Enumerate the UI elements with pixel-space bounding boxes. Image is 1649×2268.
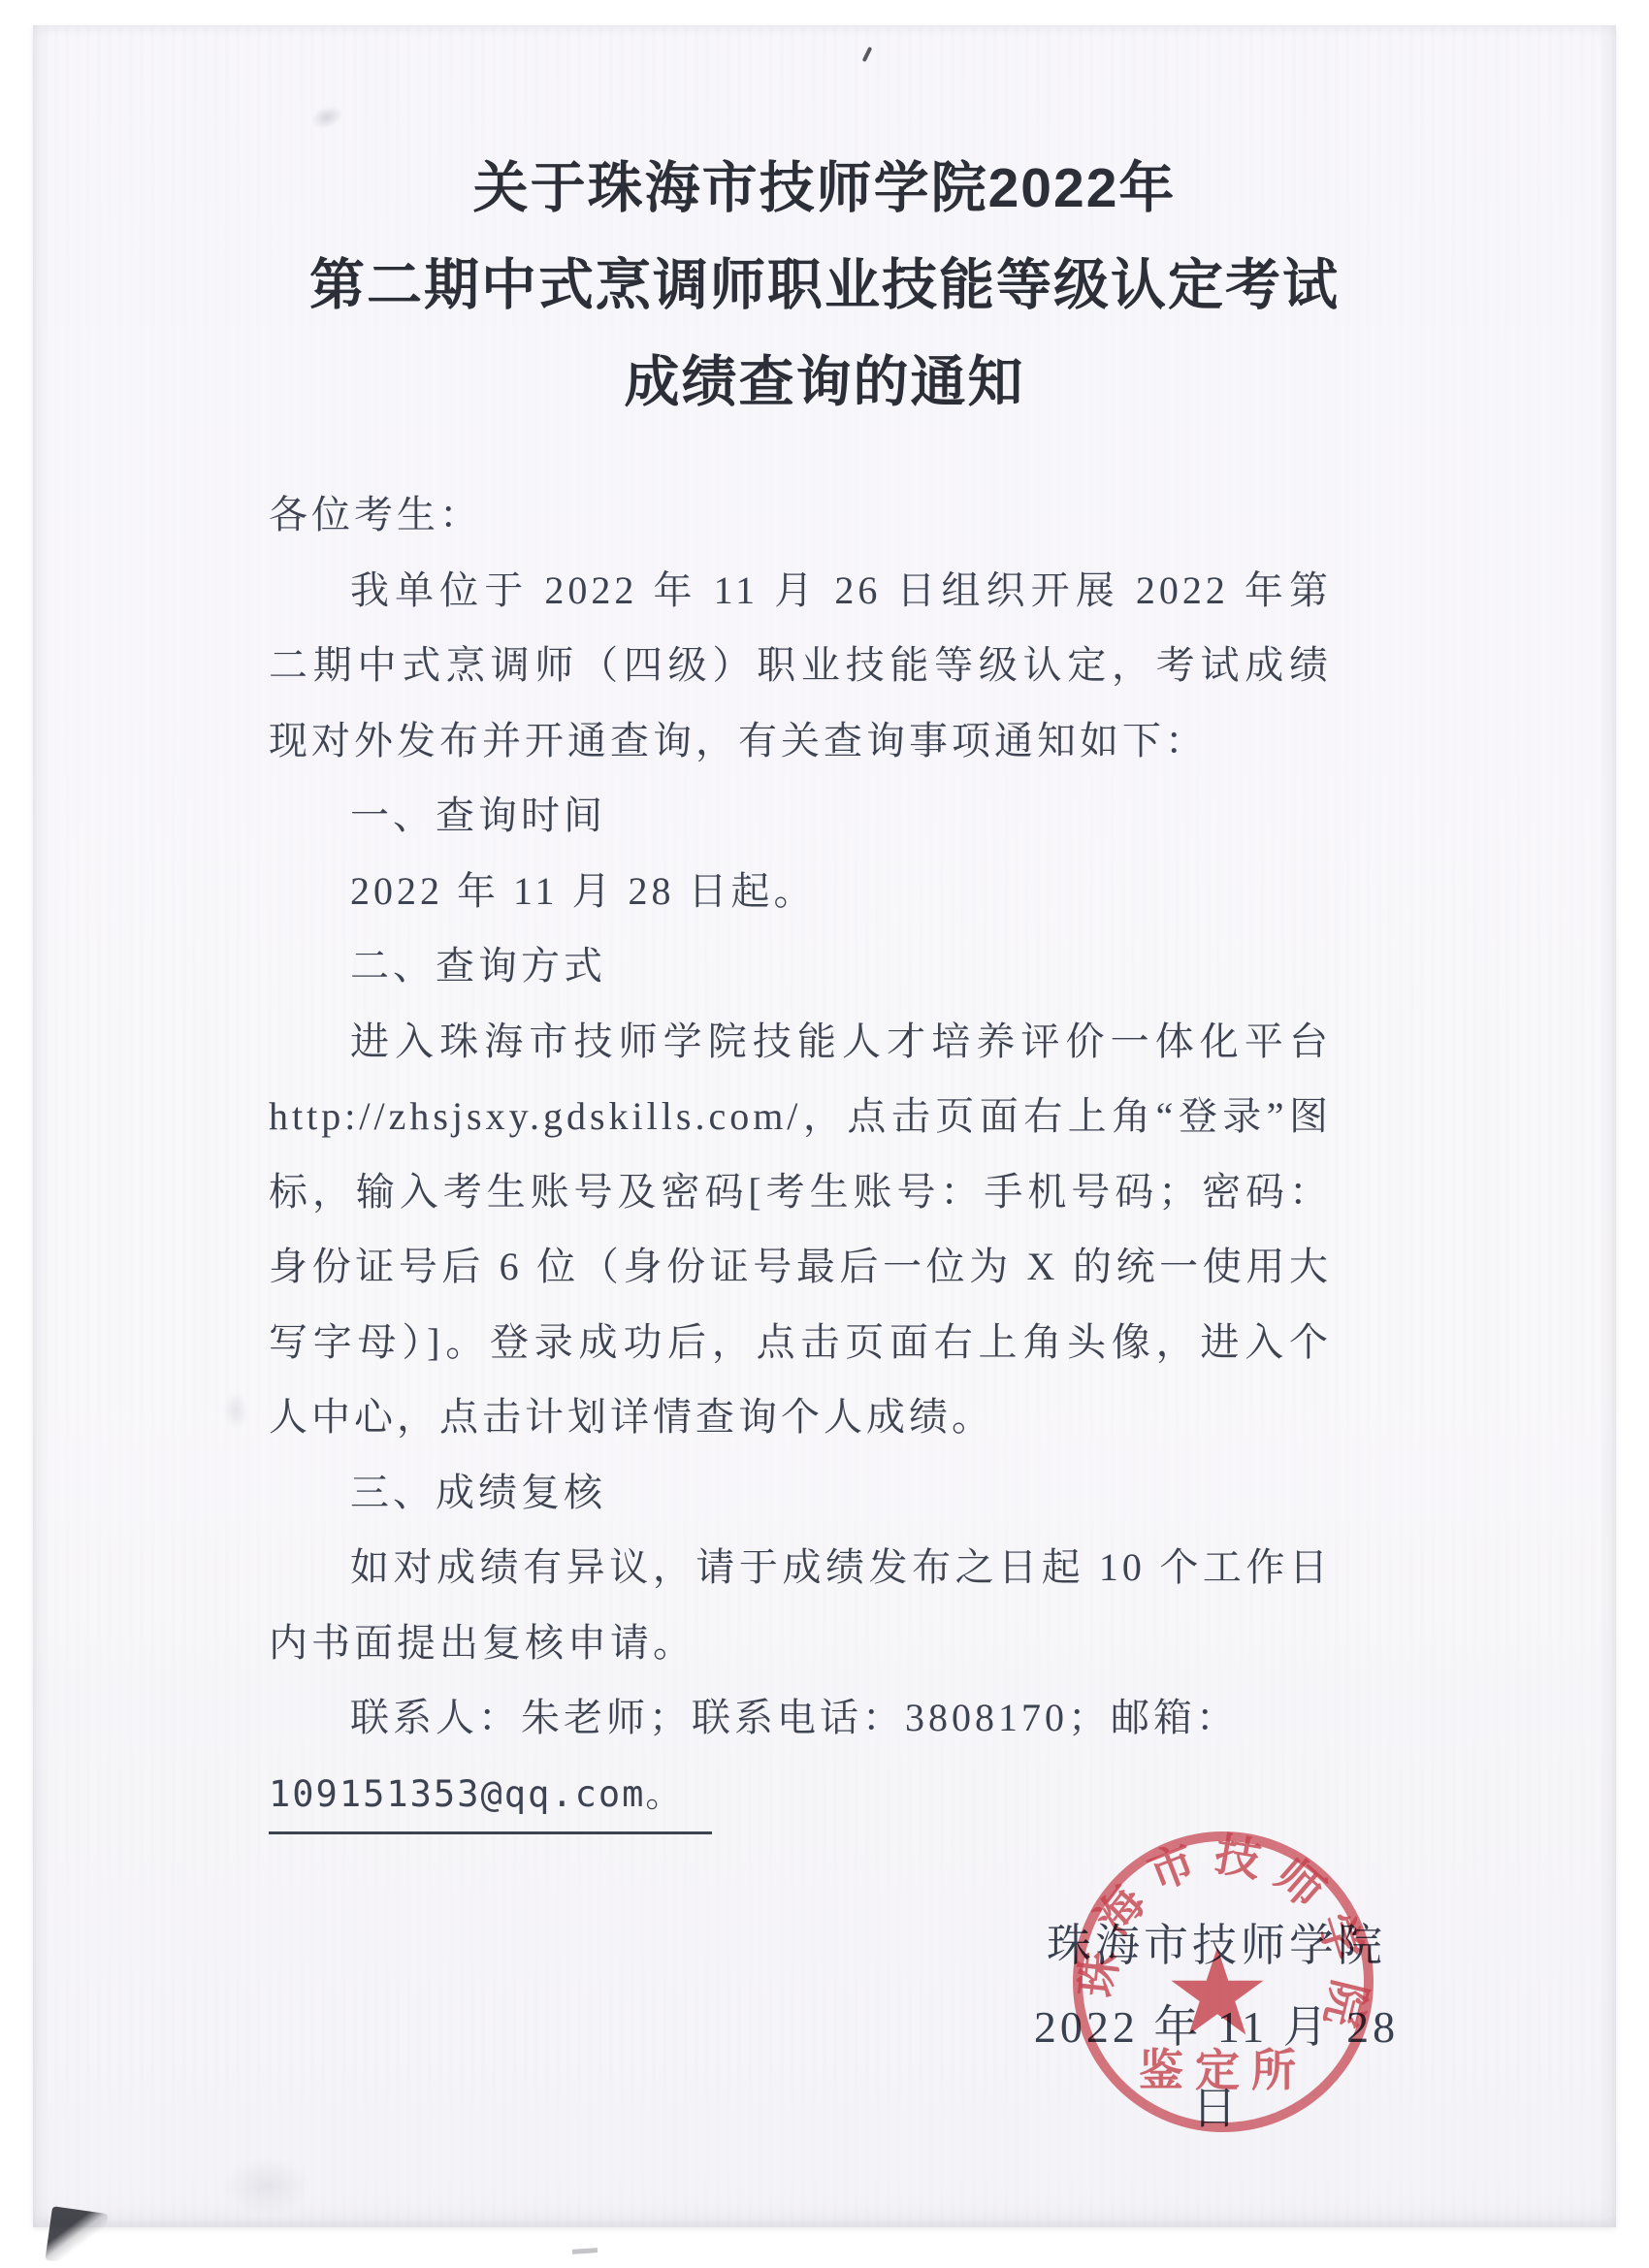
contact-email-line: 109151353@qq.com。 <box>269 1756 1332 1834</box>
scan-smudge <box>307 102 345 132</box>
scan-edge-mark <box>572 2248 598 2254</box>
star-icon: ★ <box>1163 1928 1271 2060</box>
official-seal-graphic: 珠海市技师学院 ★ 鉴定所 <box>1067 1826 1379 2138</box>
scanned-page: 关于珠海市技师学院2022年 第二期中式烹调师职业技能等级认定考试 成绩查询的通… <box>33 25 1616 2227</box>
document-title-line-3: 成绩查询的通知 <box>33 334 1616 431</box>
section-2-heading: 二、查询方式 <box>269 928 1332 1004</box>
scan-smudge <box>223 2157 310 2216</box>
section-3-heading: 三、成绩复核 <box>269 1455 1332 1531</box>
scan-pen-mark <box>862 47 873 62</box>
document-title-line-2: 第二期中式烹调师职业技能等级认定考试 <box>33 237 1616 334</box>
intro-paragraph: 我单位于 2022 年 11 月 26 日组织开展 2022 年第二期中式烹调师… <box>269 553 1332 779</box>
section-1-body: 2022 年 11 月 28 日起。 <box>269 854 1332 929</box>
scan-smudge <box>223 1391 248 1430</box>
contact-email: 109151353@qq.com。 <box>269 1760 712 1834</box>
document-title-line-1: 关于珠海市技师学院2022年 <box>33 140 1616 237</box>
document-body: 各位考生： 我单位于 2022 年 11 月 26 日组织开展 2022 年第二… <box>269 477 1332 1834</box>
official-seal: 珠海市技师学院 ★ 鉴定所 <box>1067 1826 1379 2138</box>
section-2-body: 进入珠海市技师学院技能人才培养评价一体化平台http://zhsjsxy.gds… <box>269 1004 1332 1455</box>
seal-bottom-text: 鉴定所 <box>1139 2046 1308 2095</box>
section-3-body: 如对成绩有异议，请于成绩发布之日起 10 个工作日内书面提出复核申请。 <box>269 1530 1332 1680</box>
document-title: 关于珠海市技师学院2022年 第二期中式烹调师职业技能等级认定考试 成绩查询的通… <box>33 140 1616 431</box>
scan-corner-fold <box>45 2206 108 2268</box>
section-1-heading: 一、查询时间 <box>269 778 1332 854</box>
contact-line: 联系人：朱老师；联系电话：3808170；邮箱： <box>269 1680 1332 1756</box>
salutation: 各位考生： <box>269 477 1332 553</box>
